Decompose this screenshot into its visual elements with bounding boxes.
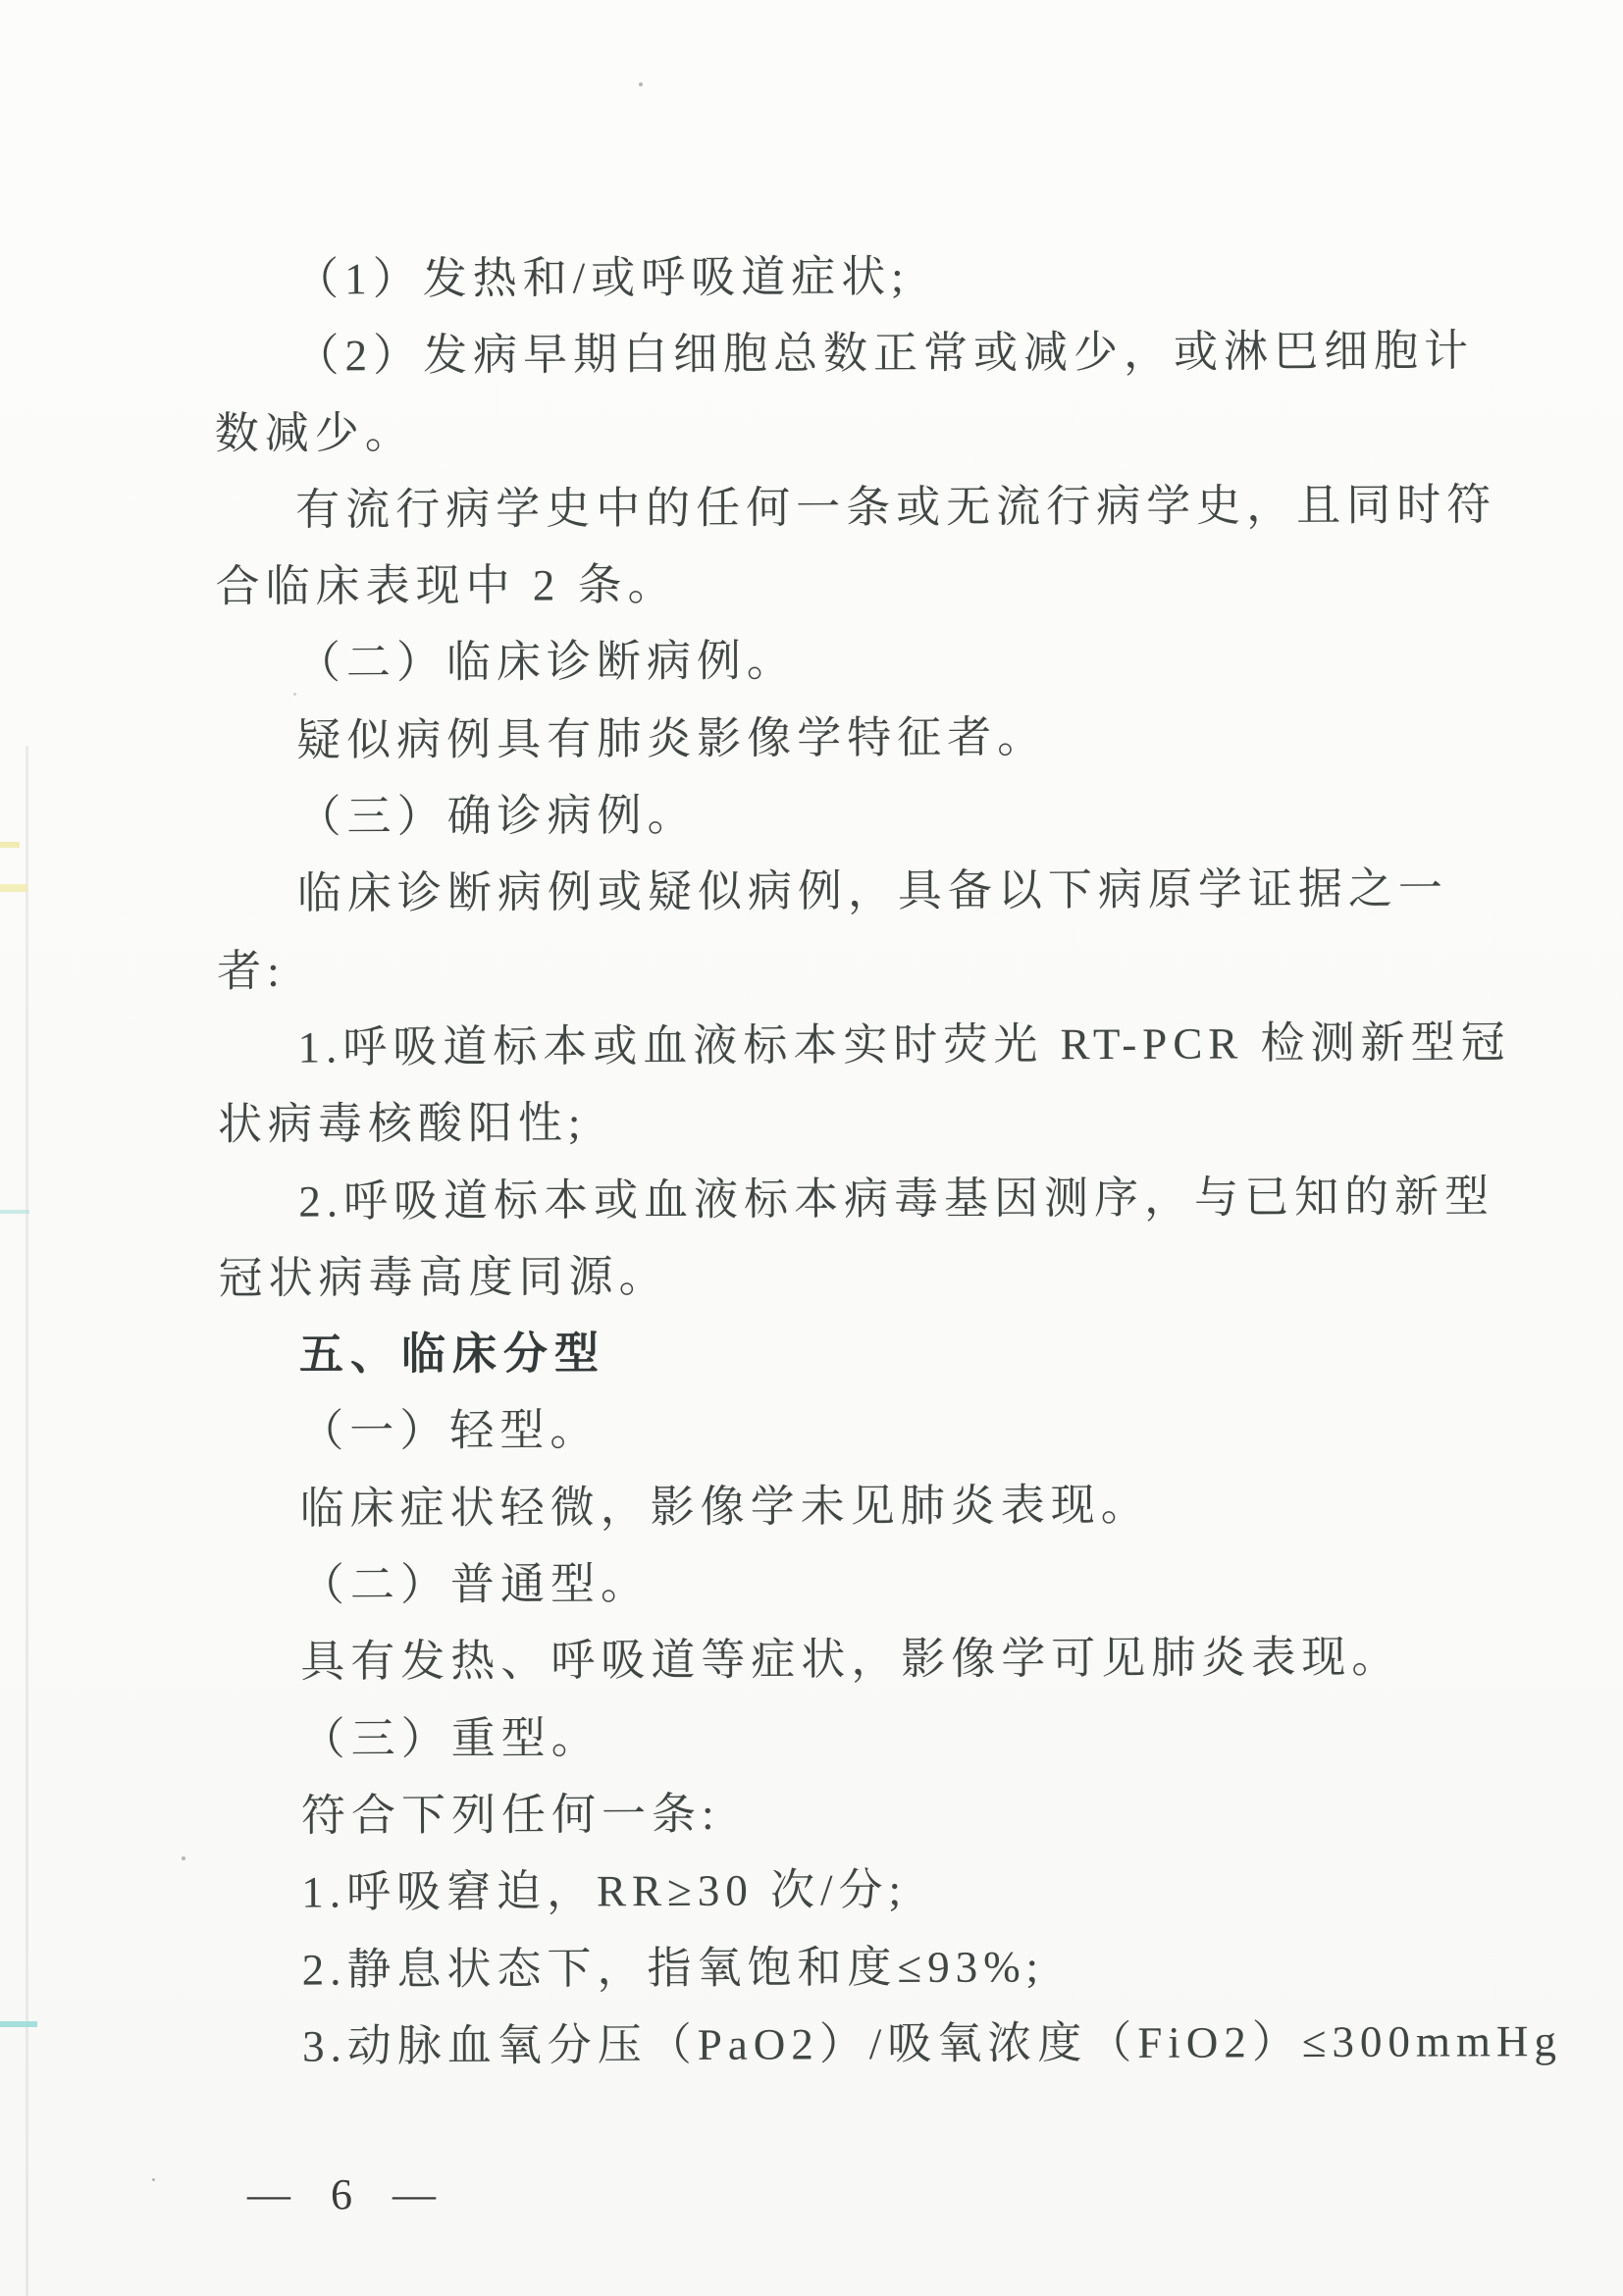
- page-number-footer: — 6 —: [247, 2170, 438, 2219]
- text-line: 2.呼吸道标本或血液标本病毒基因测序，与已知的新型: [218, 1158, 1484, 1240]
- text-line: （一）轻型。: [219, 1388, 1485, 1471]
- scan-speckle: [639, 82, 643, 86]
- text-line: 有流行病学史中的任何一条或无流行病学史，且同时符: [215, 466, 1481, 548]
- text-line: 1.呼吸道标本或血液标本实时荧光 RT-PCR 检测新型冠: [217, 1004, 1483, 1086]
- text-line: （二）临床诊断病例。: [216, 620, 1482, 703]
- text-line: 冠状病毒高度同源。: [218, 1234, 1484, 1317]
- text-line: 临床症状轻微，影像学未见肺炎表现。: [219, 1465, 1485, 1547]
- text-line: 符合下列任何一条:: [221, 1772, 1487, 1854]
- text-line: （二）普通型。: [220, 1541, 1486, 1624]
- text-line: 3.动脉血氧分压（PaO2）/吸氧浓度（FiO2）≤300mmHg: [222, 2003, 1488, 2085]
- text-line: （三）重型。: [220, 1696, 1486, 1778]
- text-line: 临床诊断病例或疑似病例，具备以下病原学证据之一: [217, 851, 1483, 933]
- text-line: 2.静息状态下，指氧饱和度≤93%;: [222, 1926, 1488, 2009]
- text-line: 合临床表现中 2 条。: [215, 544, 1481, 626]
- scan-speckle: [293, 693, 296, 696]
- text-line: （2）发病早期白细胞总数正常或减少，或淋巴细胞计: [214, 313, 1480, 395]
- scan-artifact-cyan-mark: [0, 2021, 37, 2027]
- text-line: 具有发热、呼吸道等症状，影像学可见肺炎表现。: [220, 1619, 1486, 1701]
- text-line: 1.呼吸窘迫，RR≥30 次/分;: [221, 1850, 1487, 1932]
- scan-artifact-cyan-mark: [0, 1210, 29, 1214]
- scan-artifact-vertical-line: [26, 746, 28, 2296]
- text-line: 疑似病例具有肺炎影像学特征者。: [216, 697, 1482, 779]
- text-line: （1）发热和/或呼吸道症状;: [214, 235, 1480, 318]
- scanned-document-page: （1）发热和/或呼吸道症状; （2）发病早期白细胞总数正常或减少，或淋巴细胞计 …: [0, 0, 1623, 2296]
- text-line: （三）确诊病例。: [216, 773, 1482, 856]
- scan-speckle: [182, 1856, 185, 1860]
- text-line: 状病毒核酸阳性;: [218, 1081, 1484, 1164]
- text-line: 者:: [217, 927, 1483, 1010]
- section-heading: 五、临床分型: [219, 1312, 1485, 1394]
- document-text-block: （1）发热和/或呼吸道症状; （2）发病早期白细胞总数正常或减少，或淋巴细胞计 …: [214, 235, 1488, 2085]
- scan-artifact-yellow-mark: [0, 842, 20, 848]
- scan-speckle: [152, 2178, 155, 2181]
- scan-artifact-yellow-mark: [0, 884, 27, 892]
- text-line: 数减少。: [215, 390, 1481, 472]
